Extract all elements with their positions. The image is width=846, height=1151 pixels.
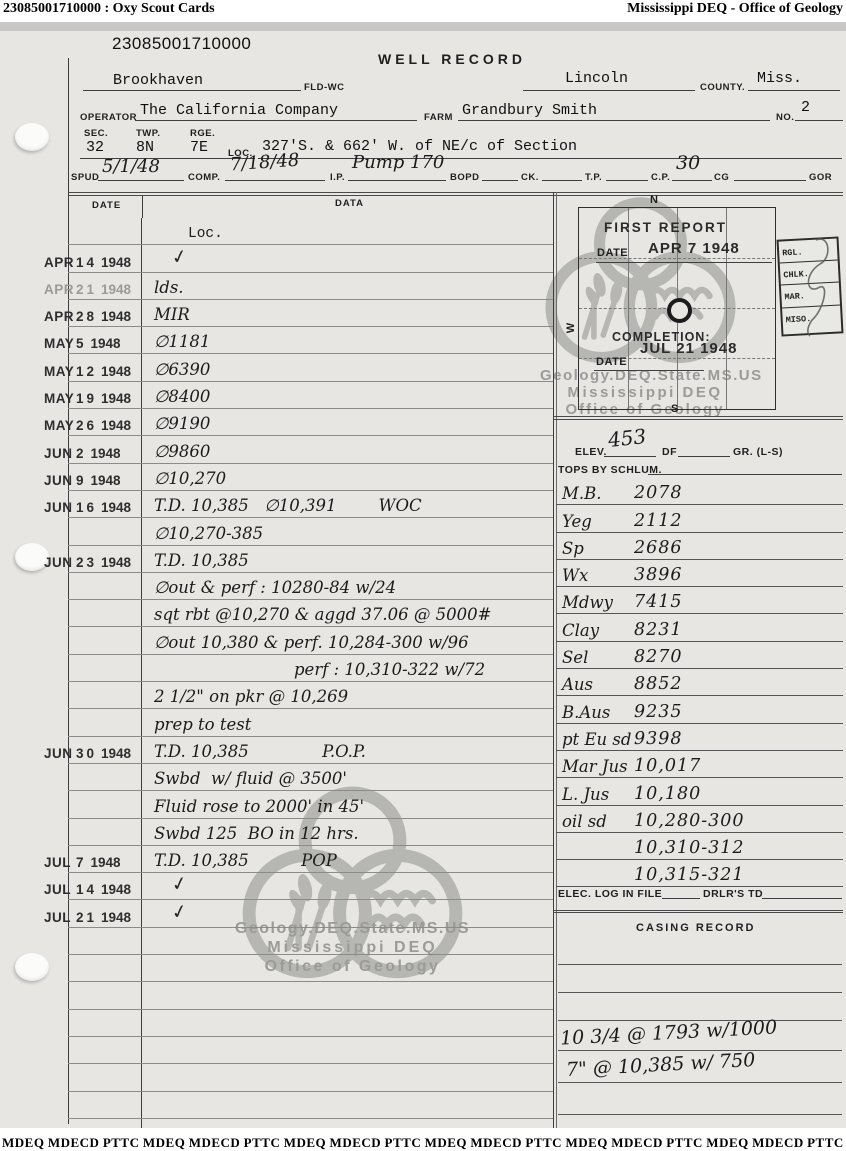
table-row: perf : 10,310-322 w/72 [68, 655, 553, 682]
top-row: Mdwy 7415 [556, 587, 843, 614]
formation-depth: 8270 [634, 647, 683, 667]
footer-token: PTTC [666, 1135, 703, 1151]
data-entry: ∅9190 [154, 414, 210, 435]
formation-name: oil sd [562, 812, 607, 832]
date-year: 1948 [101, 391, 131, 406]
date-day: 14 [76, 882, 97, 897]
data-entry: Swbd 125 BO in 12 hrs. [154, 824, 359, 845]
table-row: prep to test [68, 709, 553, 736]
twp-label: TWP. [136, 128, 161, 139]
date-month: APR [44, 255, 74, 270]
punch-hole [15, 123, 49, 151]
top-row: Wx 3896 [556, 560, 843, 587]
data-entry: T.D. 10,385 POP [154, 851, 337, 872]
date-cell [68, 764, 142, 790]
footer-token: PTTC [385, 1135, 422, 1151]
date-cell [68, 1037, 142, 1063]
data-entry: Swbd w/ fluid @ 3500' [154, 769, 347, 790]
data-entry: T.D. 10,385 [154, 551, 249, 572]
stamp-row-label: MISO. [782, 305, 841, 330]
ck-label: CK. [521, 172, 539, 183]
formation-depth: 10,017 [634, 756, 701, 776]
formation-depth: 10,310-312 [634, 838, 745, 858]
plat-south-label: S [671, 403, 678, 415]
tops-label: TOPS BY SCHLUM. [558, 464, 662, 476]
casing-entry: 7" @ 10,385 w/ 750 [566, 1049, 756, 1081]
elev-df-label: DF [662, 446, 677, 458]
formation-name: Mdwy [562, 593, 613, 613]
date-cell: 141948 [68, 873, 142, 899]
table-row: MAY 121948 ∅6390 [68, 354, 553, 381]
date-cell [68, 791, 142, 817]
api-number: 23085001710000 [112, 34, 251, 54]
footer-token: MDEQ [425, 1135, 467, 1151]
table-row: ∅10,270-385 [68, 518, 553, 545]
twp-value: 8N [136, 139, 154, 156]
table-row: JUN 21948 ∅9860 [68, 436, 553, 463]
formation-name: Mar Jus [562, 757, 628, 777]
date-cell [68, 600, 142, 626]
data-entry: ∅6390 [154, 360, 210, 381]
footer-token: MDECD [752, 1135, 804, 1151]
footer-token: MDECD [470, 1135, 522, 1151]
data-entry: ✓ [169, 899, 190, 928]
gor-label: GOR [809, 172, 832, 183]
formation-depth: 2686 [634, 538, 683, 558]
cp-label: C.P. [651, 172, 670, 183]
data-entry: Loc. [188, 226, 223, 244]
data-entry: lds. [154, 278, 184, 299]
date-column-header: DATE [92, 200, 121, 211]
table-row: APR 211948 lds. [68, 273, 553, 300]
data-entry: ∅8400 [154, 387, 210, 408]
date-day: 7 [76, 855, 87, 870]
daily-report-table: Loc. APR 141948 ✓ APR 211948 lds. [68, 218, 553, 1128]
table-row: JUL 211948 ✓ [68, 900, 553, 927]
table-row: MAY 191948 ∅8400 [68, 382, 553, 409]
data-entry: ✓ [169, 872, 190, 901]
completion-date-label: DATE [596, 356, 627, 368]
date-cell [68, 573, 142, 599]
footer-token: PTTC [103, 1135, 140, 1151]
first-report-date: APR 7 1948 [648, 240, 740, 257]
state-name: Miss. [757, 70, 802, 87]
top-row: 10,310-312 [556, 833, 843, 860]
footer-token: PTTC [525, 1135, 562, 1151]
top-row: pt Eu sd 9398 [556, 724, 843, 751]
table-row: APR 281948 MIR [68, 300, 553, 327]
date-cell: 51948 [68, 327, 142, 353]
county-label: COUNTY. [700, 82, 745, 93]
document-title-left: 23085001710000 : Oxy Scout Cards [3, 1, 215, 17]
date-day: 9 [76, 473, 87, 488]
data-entry: Fluid rose to 2000' in 45' [154, 797, 364, 818]
date-month: JUN [44, 746, 73, 761]
rge-value: 7E [190, 139, 208, 156]
casing-entry: 10 3/4 @ 1793 w/1000 [560, 1016, 778, 1049]
date-month: JUN [44, 446, 73, 461]
table-row: Swbd w/ fluid @ 3500' [68, 764, 553, 791]
date-cell: 121948 [68, 354, 142, 380]
date-month: MAY [44, 391, 74, 406]
data-entry: sqt rbt @10,270 & aggd 37.06 @ 5000# [154, 605, 491, 626]
formation-depth: 10,180 [634, 784, 701, 804]
date-cell: 191948 [68, 382, 142, 408]
formation-name: M.B. [562, 484, 602, 504]
operator-name: The California Company [140, 102, 338, 119]
formation-depth: 10,315-321 [634, 865, 745, 885]
footer-token: MDEQ [565, 1135, 607, 1151]
table-row [68, 928, 553, 955]
scanned-well-record-page: 23085001710000 : Oxy Scout Cards Mississ… [0, 0, 846, 1151]
top-row: M.B. 2078 [556, 478, 843, 505]
well-no-label: NO. [776, 112, 794, 123]
date-year: 1948 [101, 418, 131, 433]
table-row: MAY 261948 ∅9190 [68, 409, 553, 436]
formation-tops-list: M.B. 2078 Yeg 2112 Sp 2686 Wx 3896 [556, 478, 843, 887]
date-cell [68, 819, 142, 845]
spud-label: SPUD [71, 172, 99, 183]
footer-token: MDECD [611, 1135, 663, 1151]
footer-token: PTTC [244, 1135, 281, 1151]
plat-north-label: N [650, 194, 658, 206]
viewer-footer-bar: MDEQMDECDPTTCMDEQMDECDPTTCMDEQMDECDPTTCM… [0, 1128, 846, 1151]
section-plat [578, 207, 776, 410]
top-row: Aus 8852 [556, 669, 843, 696]
table-row: JUN 161948 T.D. 10,385 ∅10,391 WOC [68, 491, 553, 518]
date-day: 21 [76, 282, 97, 297]
card-title: WELL RECORD [378, 51, 526, 67]
date-cell: 211948 [68, 900, 142, 926]
date-cell [68, 955, 142, 981]
data-entry: prep to test [154, 715, 251, 736]
date-year: 1948 [101, 746, 131, 761]
sec-value: 32 [86, 139, 104, 156]
farm-name: Grandbury Smith [462, 102, 597, 119]
table-row: JUL 71948 T.D. 10,385 POP [68, 846, 553, 873]
formation-depth: 8231 [634, 620, 683, 640]
elev-gr-label: GR. (L-S) [733, 446, 783, 458]
scan-edge-shadow [0, 22, 846, 31]
date-day: 26 [76, 418, 97, 433]
date-day: 5 [76, 336, 87, 351]
date-day: 12 [76, 364, 97, 379]
viewer-title-bar: 23085001710000 : Oxy Scout Cards Mississ… [0, 0, 846, 22]
table-row: ∅out 10,380 & perf. 10,284-300 w/96 [68, 627, 553, 654]
scanned-card: Geology.DEQ.State.MS.US Mississippi DEQ … [0, 22, 846, 1128]
comp-label: COMP. [188, 172, 220, 183]
table-row: JUN 301948 T.D. 10,385 P.O.P. [68, 737, 553, 764]
first-report-title: FIRST REPORT [604, 220, 727, 235]
date-cell [68, 982, 142, 1008]
sec-label: SEC. [84, 128, 108, 139]
data-entry: ∅9860 [154, 442, 210, 463]
stamp-row-label: MAR. [781, 283, 840, 308]
data-entry: T.D. 10,385 P.O.P. [154, 742, 366, 763]
formation-name: pt Eu sd [562, 730, 631, 750]
top-row: B.Aus 9235 [556, 696, 843, 723]
date-year: 1948 [101, 364, 131, 379]
date-cell [68, 627, 142, 653]
date-year: 1948 [91, 473, 121, 488]
table-row [68, 1092, 553, 1119]
formation-name: B.Aus [562, 703, 610, 723]
data-entry: ✓ [169, 244, 190, 273]
date-month: JUL [44, 855, 71, 870]
footer-token: MDECD [48, 1135, 100, 1151]
date-cell [68, 709, 142, 735]
table-row: JUL 141948 ✓ [68, 873, 553, 900]
table-row: ∅out & perf : 10280-84 w/24 [68, 573, 553, 600]
date-day: 19 [76, 391, 97, 406]
date-cell [68, 218, 142, 244]
table-row: 2 1/2" on pkr @ 10,269 [68, 682, 553, 709]
top-row: L. Jus 10,180 [556, 778, 843, 805]
date-month: MAY [44, 364, 74, 379]
date-day: 14 [76, 255, 97, 270]
bopd-label: BOPD [450, 172, 479, 183]
plat-west-label: W [565, 323, 577, 333]
footer-token: MDEQ [706, 1135, 748, 1151]
formation-name: L. Jus [562, 785, 609, 805]
data-entry: perf : 10,310-322 w/72 [294, 660, 485, 681]
elev-value: 453 [607, 424, 647, 452]
table-row [68, 1064, 553, 1091]
county-name: Lincoln [565, 70, 628, 87]
date-year: 1948 [101, 500, 131, 515]
date-year: 1948 [101, 255, 131, 270]
table-row [68, 1119, 553, 1128]
date-cell: 281948 [68, 300, 142, 326]
date-year: 1948 [101, 882, 131, 897]
formation-name: Aus [562, 675, 593, 695]
farm-label: FARM [424, 112, 453, 123]
formation-name: Yeg [562, 512, 592, 532]
formation-depth: 2112 [634, 511, 683, 531]
casing-record-title: CASING RECORD [636, 922, 756, 934]
comp-date: 7/18/48 [229, 150, 300, 176]
data-entry: ∅out 10,380 & perf. 10,284-300 w/96 [154, 633, 469, 654]
date-cell [68, 928, 142, 954]
date-month: JUL [44, 910, 71, 925]
footer-token: MDEQ [284, 1135, 326, 1151]
top-row: Mar Jus 10,017 [556, 751, 843, 778]
date-cell: 71948 [68, 846, 142, 872]
date-cell: 21948 [68, 436, 142, 462]
date-cell [68, 1064, 142, 1090]
date-year: 1948 [101, 555, 131, 570]
date-cell [68, 518, 142, 544]
ip-value: Pump 170 [352, 152, 444, 173]
table-row: sqt rbt @10,270 & aggd 37.06 @ 5000# [68, 600, 553, 627]
table-row: JUN 91948 ∅10,270 [68, 464, 553, 491]
well-no-value: 2 [801, 99, 810, 116]
top-row: 10,315-321 [556, 860, 843, 887]
field-label: FLD-WC [304, 82, 344, 93]
elec-log-label: ELEC. LOG IN FILE [558, 888, 662, 900]
date-year: 1948 [101, 910, 131, 925]
table-row: Loc. [68, 218, 553, 245]
data-entry: MIR [154, 305, 190, 326]
formation-depth: 3896 [634, 565, 683, 585]
rge-label: RGE. [190, 128, 215, 139]
formation-depth: 10,280-300 [634, 811, 745, 831]
footer-token: MDEQ [2, 1135, 44, 1151]
date-day: 2 [76, 446, 87, 461]
operator-label: OPERATOR [80, 112, 137, 123]
table-row [68, 1010, 553, 1037]
date-cell [68, 1092, 142, 1118]
formation-name: Sp [562, 539, 584, 559]
date-month: JUN [44, 500, 73, 515]
date-cell [68, 655, 142, 681]
date-cell: 161948 [68, 491, 142, 517]
date-cell [68, 1119, 142, 1128]
footer-token: MDEQ [143, 1135, 185, 1151]
first-report-date-label: DATE [597, 247, 628, 259]
formation-depth: 8852 [634, 674, 683, 694]
formation-depth: 7415 [634, 592, 683, 612]
stamp-row-label: CHLK. [780, 261, 839, 286]
date-year: 1948 [101, 309, 131, 324]
formation-name: Sel [562, 648, 588, 668]
date-cell: 211948 [68, 273, 142, 299]
data-entry: ∅1181 [154, 332, 210, 353]
date-year: 1948 [101, 282, 131, 297]
date-cell: 141948 [68, 245, 142, 271]
table-row: MAY 51948 ∅1181 [68, 327, 553, 354]
completion-date: JUL 21 1948 [640, 340, 737, 357]
table-row [68, 955, 553, 982]
date-month: MAY [44, 418, 74, 433]
date-cell: 231948 [68, 546, 142, 572]
document-title-right: Mississippi DEQ - Office of Geology [627, 1, 843, 17]
tp-label: T.P. [585, 172, 602, 183]
review-stamp-box: RGL.CHLK.MAR.MISO. [777, 236, 844, 336]
formation-name: Clay [562, 621, 599, 641]
date-month: JUN [44, 473, 73, 488]
date-day: 30 [76, 746, 97, 761]
date-day: 21 [76, 910, 97, 925]
table-row [68, 982, 553, 1009]
top-row: Sp 2686 [556, 533, 843, 560]
formation-depth: 9235 [634, 702, 683, 722]
date-month: APR [44, 282, 74, 297]
top-row: Sel 8270 [556, 642, 843, 669]
date-cell [68, 682, 142, 708]
stamp-row-label: RGL. [779, 239, 838, 264]
date-cell [68, 1010, 142, 1036]
formation-depth: 9398 [634, 729, 683, 749]
date-year: 1948 [91, 336, 121, 351]
date-month: JUL [44, 882, 71, 897]
top-row: Yeg 2112 [556, 505, 843, 532]
date-cell: 301948 [68, 737, 142, 763]
field-name: Brookhaven [113, 72, 203, 89]
date-day: 16 [76, 500, 97, 515]
spud-date: 5/1/48 [102, 156, 160, 177]
footer-token: MDECD [189, 1135, 241, 1151]
cg-label: CG [714, 172, 729, 183]
data-entry: 2 1/2" on pkr @ 10,269 [154, 687, 348, 708]
top-row: oil sd 10,280-300 [556, 806, 843, 833]
data-column-header: DATA [335, 198, 364, 209]
date-cell: 91948 [68, 464, 142, 490]
table-row: Fluid rose to 2000' in 45' [68, 791, 553, 818]
ip-label: I.P. [330, 172, 345, 183]
date-day: 23 [76, 555, 97, 570]
formation-name: Wx [562, 566, 588, 586]
date-cell: 261948 [68, 409, 142, 435]
well-location-symbol [667, 298, 692, 323]
date-month: MAY [44, 336, 74, 351]
table-row [68, 1037, 553, 1064]
elev-label: ELEV. [575, 446, 607, 458]
drlrs-td-label: DRLR'S TD [703, 888, 763, 900]
footer-token: PTTC [807, 1135, 844, 1151]
table-row: Swbd 125 BO in 12 hrs. [68, 819, 553, 846]
cp-value: 30 [676, 152, 700, 174]
data-entry: ∅out & perf : 10280-84 w/24 [154, 578, 396, 599]
date-year: 1948 [91, 855, 121, 870]
table-row: APR 141948 ✓ [68, 245, 553, 272]
data-entry: T.D. 10,385 ∅10,391 WOC [154, 496, 422, 517]
top-row: Clay 8231 [556, 614, 843, 641]
date-day: 28 [76, 309, 97, 324]
formation-depth: 2078 [634, 483, 683, 503]
date-year: 1948 [91, 446, 121, 461]
table-row: JUN 231948 T.D. 10,385 [68, 546, 553, 573]
footer-token: MDECD [330, 1135, 382, 1151]
data-entry: ∅10,270 [154, 469, 226, 490]
date-month: APR [44, 309, 74, 324]
date-month: JUN [44, 555, 73, 570]
data-entry: ∅10,270-385 [154, 524, 263, 545]
punch-hole [15, 953, 49, 981]
